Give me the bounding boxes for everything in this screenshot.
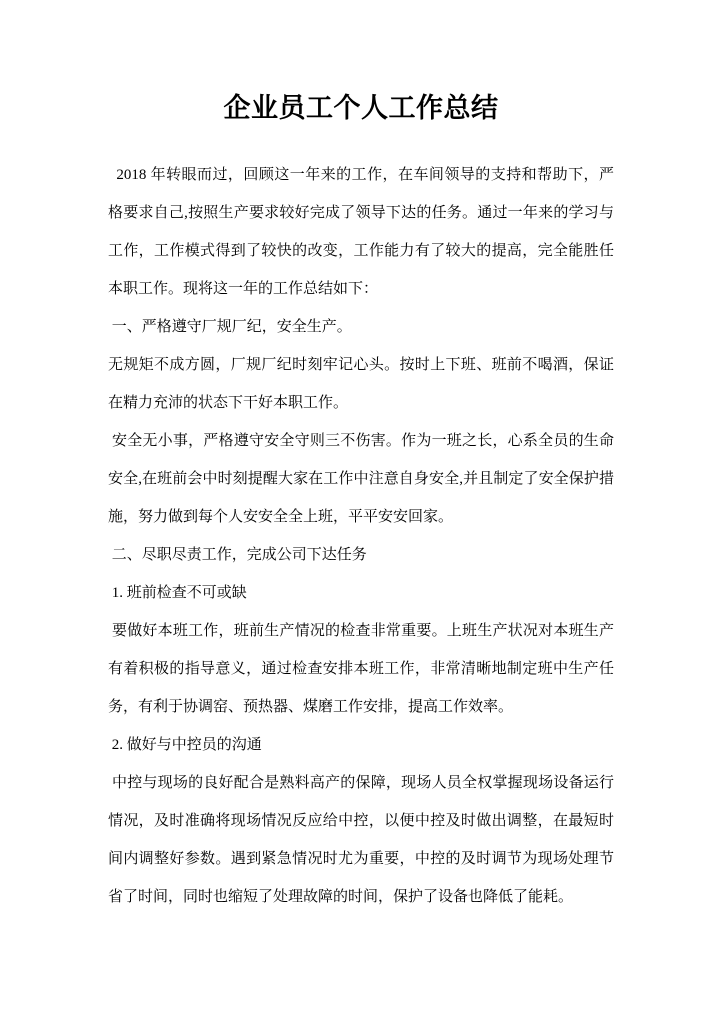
paragraph: 2. 做好与中控员的沟通 bbox=[108, 726, 614, 764]
document-title: 企业员工个人工作总结 bbox=[108, 88, 614, 128]
paragraph: 一、严格遵守厂规厂纪，安全生产。 bbox=[108, 308, 614, 346]
paragraph: 1. 班前检查不可或缺 bbox=[108, 574, 614, 612]
paragraph: 要做好本班工作，班前生产情况的检查非常重要。上班生产状况对本班生产有着积极的指导… bbox=[108, 612, 614, 726]
paragraph: 2018 年转眼而过，回顾这一年来的工作，在车间领导的支持和帮助下，严格要求自己… bbox=[108, 156, 614, 308]
paragraph: 中控与现场的良好配合是熟料高产的保障，现场人员全权掌握现场设备运行情况，及时准确… bbox=[108, 764, 614, 916]
paragraph: 安全无小事，严格遵守安全守则三不伤害。作为一班之长，心系全员的生命安全,在班前会… bbox=[108, 422, 614, 536]
document-body: 2018 年转眼而过，回顾这一年来的工作，在车间领导的支持和帮助下，严格要求自己… bbox=[108, 156, 614, 916]
document-page: 企业员工个人工作总结 2018 年转眼而过，回顾这一年来的工作，在车间领导的支持… bbox=[0, 0, 721, 1020]
paragraph: 二、尽职尽责工作，完成公司下达任务 bbox=[108, 536, 614, 574]
paragraph: 无规矩不成方圆，厂规厂纪时刻牢记心头。按时上下班、班前不喝酒，保证在精力充沛的状… bbox=[108, 346, 614, 422]
